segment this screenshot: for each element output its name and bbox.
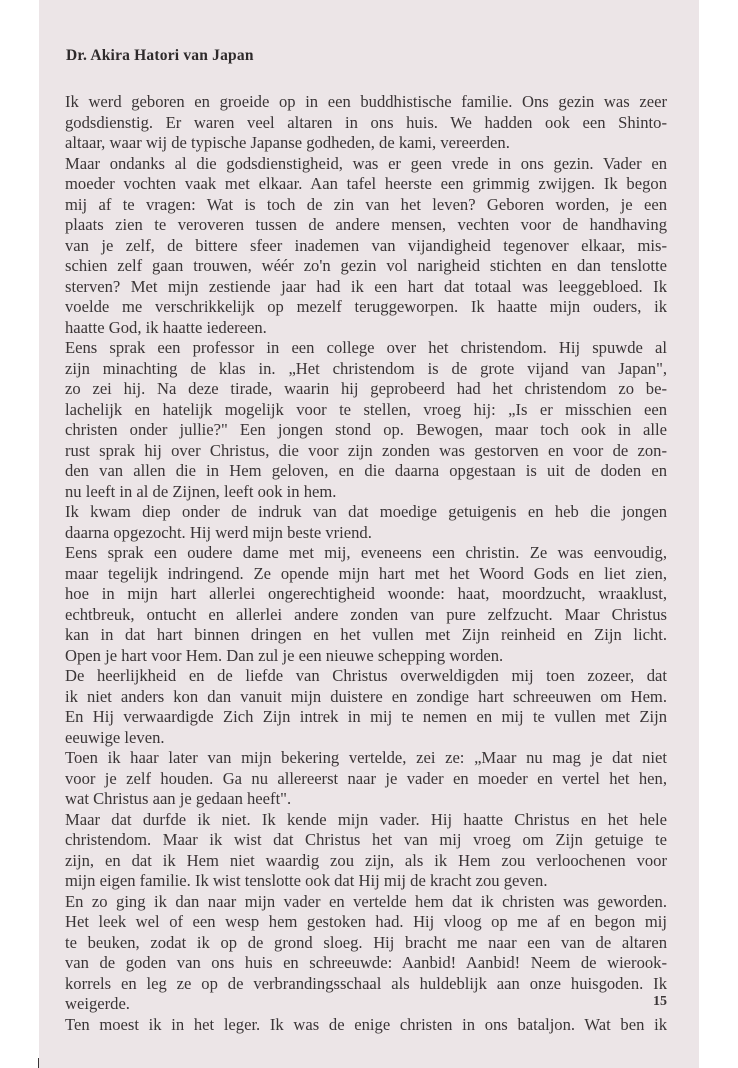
- text-line: godsdienstig. Er waren veel altaren in o…: [65, 113, 667, 134]
- body-text: Ik werd geboren en groeide op in een bud…: [65, 92, 667, 1035]
- text-line: rust sprak hij over Christus, die voor z…: [65, 441, 667, 462]
- scan-edge-mark: [38, 1058, 39, 1068]
- text-line: christen onder jullie?" Een jongen stond…: [65, 420, 667, 441]
- text-line: te beuken, zodat ik op de grond sloeg. H…: [65, 933, 667, 954]
- paragraph: Eens sprak een professor in een college …: [65, 338, 667, 502]
- text-line: Het leek wel of een wesp hem gestoken ha…: [65, 912, 667, 933]
- text-line: nu leeft in al de Zijnen, leeft ook in h…: [65, 482, 667, 503]
- text-line: korrels en leg ze op de verbrandingsscha…: [65, 974, 667, 995]
- text-line: Ik werd geboren en groeide op in een bud…: [65, 92, 667, 113]
- paragraph: Eens sprak een oudere dame met mij, even…: [65, 543, 667, 666]
- text-line: Ten moest ik in het leger. Ik was de eni…: [65, 1015, 667, 1036]
- text-line: plaats zien te veroveren tussen de ander…: [65, 215, 667, 236]
- text-line: christendom. Maar ik wist dat Christus h…: [65, 830, 667, 851]
- text-line: zo zei hij. Na deze tirade, waarin hij g…: [65, 379, 667, 400]
- text-line: Maar dat durfde ik niet. Ik kende mijn v…: [65, 810, 667, 831]
- text-line: moeder vochten vaak met elkaar. Aan tafe…: [65, 174, 667, 195]
- book-page: Dr. Akira Hatori van Japan Ik werd gebor…: [39, 0, 699, 1068]
- text-line: maar tegelijk indringend. Ze opende mijn…: [65, 564, 667, 585]
- chapter-heading: Dr. Akira Hatori van Japan: [66, 47, 254, 65]
- text-line: zijn minachting de klas in. „Het christe…: [65, 359, 667, 380]
- text-line: van de goden van ons huis en schreeuwde:…: [65, 953, 667, 974]
- paragraph: Ik werd geboren en groeide op in een bud…: [65, 92, 667, 154]
- text-line: Open je hart voor Hem. Dan zul je een ni…: [65, 646, 667, 667]
- text-line: mij af te vragen: Wat is toch de zin van…: [65, 195, 667, 216]
- text-line: schien zelf gaan trouwen, wéér zo'n gezi…: [65, 256, 667, 277]
- text-line: eeuwige leven.: [65, 728, 667, 749]
- text-line: echtbreuk, ontucht en allerlei andere zo…: [65, 605, 667, 626]
- text-line: sterven? Met mijn zestiende jaar had ik …: [65, 277, 667, 298]
- text-line: mijn eigen familie. Ik wist tenslotte oo…: [65, 871, 667, 892]
- text-line: haatte God, ik haatte iedereen.: [65, 318, 667, 339]
- text-line: weigerde.: [65, 994, 667, 1015]
- text-line: kan in dat hart binnen dringen en het vu…: [65, 625, 667, 646]
- text-line: altaar, waar wij de typische Japanse god…: [65, 133, 667, 154]
- text-line: hoe in mijn hart allerlei ongerechtighei…: [65, 584, 667, 605]
- text-line: Eens sprak een professor in een college …: [65, 338, 667, 359]
- paragraph: Ik kwam diep onder de indruk van dat moe…: [65, 502, 667, 543]
- text-line: daarna opgezocht. Hij werd mijn beste vr…: [65, 523, 667, 544]
- paragraph: Ten moest ik in het leger. Ik was de eni…: [65, 1015, 667, 1036]
- paragraph: De heerlijkheid en de liefde van Christu…: [65, 666, 667, 748]
- text-line: voor je zelf houden. Ga nu allereerst na…: [65, 769, 667, 790]
- text-line: wat Christus aan je gedaan heeft".: [65, 789, 667, 810]
- paragraph: En zo ging ik dan naar mijn vader en ver…: [65, 892, 667, 1015]
- text-line: den van allen die in Hem geloven, en die…: [65, 461, 667, 482]
- text-line: voelde me verschrikkelijk op mezelf teru…: [65, 297, 667, 318]
- text-line: ik niet anders kon dan vanuit mijn duist…: [65, 687, 667, 708]
- text-line: Ik kwam diep onder de indruk van dat moe…: [65, 502, 667, 523]
- text-line: van je zelf, de bittere sfeer inademen v…: [65, 236, 667, 257]
- text-line: Eens sprak een oudere dame met mij, even…: [65, 543, 667, 564]
- page-number: 15: [641, 994, 667, 1010]
- text-line: zijn, en dat ik Hem niet waardig zou zij…: [65, 851, 667, 872]
- text-line: En Hij verwaardigde Zich Zijn intrek in …: [65, 707, 667, 728]
- paragraph: Maar ondanks al die godsdienstigheid, wa…: [65, 154, 667, 339]
- text-line: lachelijk en hatelijk mogelijk voor te s…: [65, 400, 667, 421]
- text-line: En zo ging ik dan naar mijn vader en ver…: [65, 892, 667, 913]
- paragraph: Maar dat durfde ik niet. Ik kende mijn v…: [65, 810, 667, 892]
- paragraph: Toen ik haar later van mijn bekering ver…: [65, 748, 667, 810]
- text-line: Toen ik haar later van mijn bekering ver…: [65, 748, 667, 769]
- text-line: De heerlijkheid en de liefde van Christu…: [65, 666, 667, 687]
- text-line: Maar ondanks al die godsdienstigheid, wa…: [65, 154, 667, 175]
